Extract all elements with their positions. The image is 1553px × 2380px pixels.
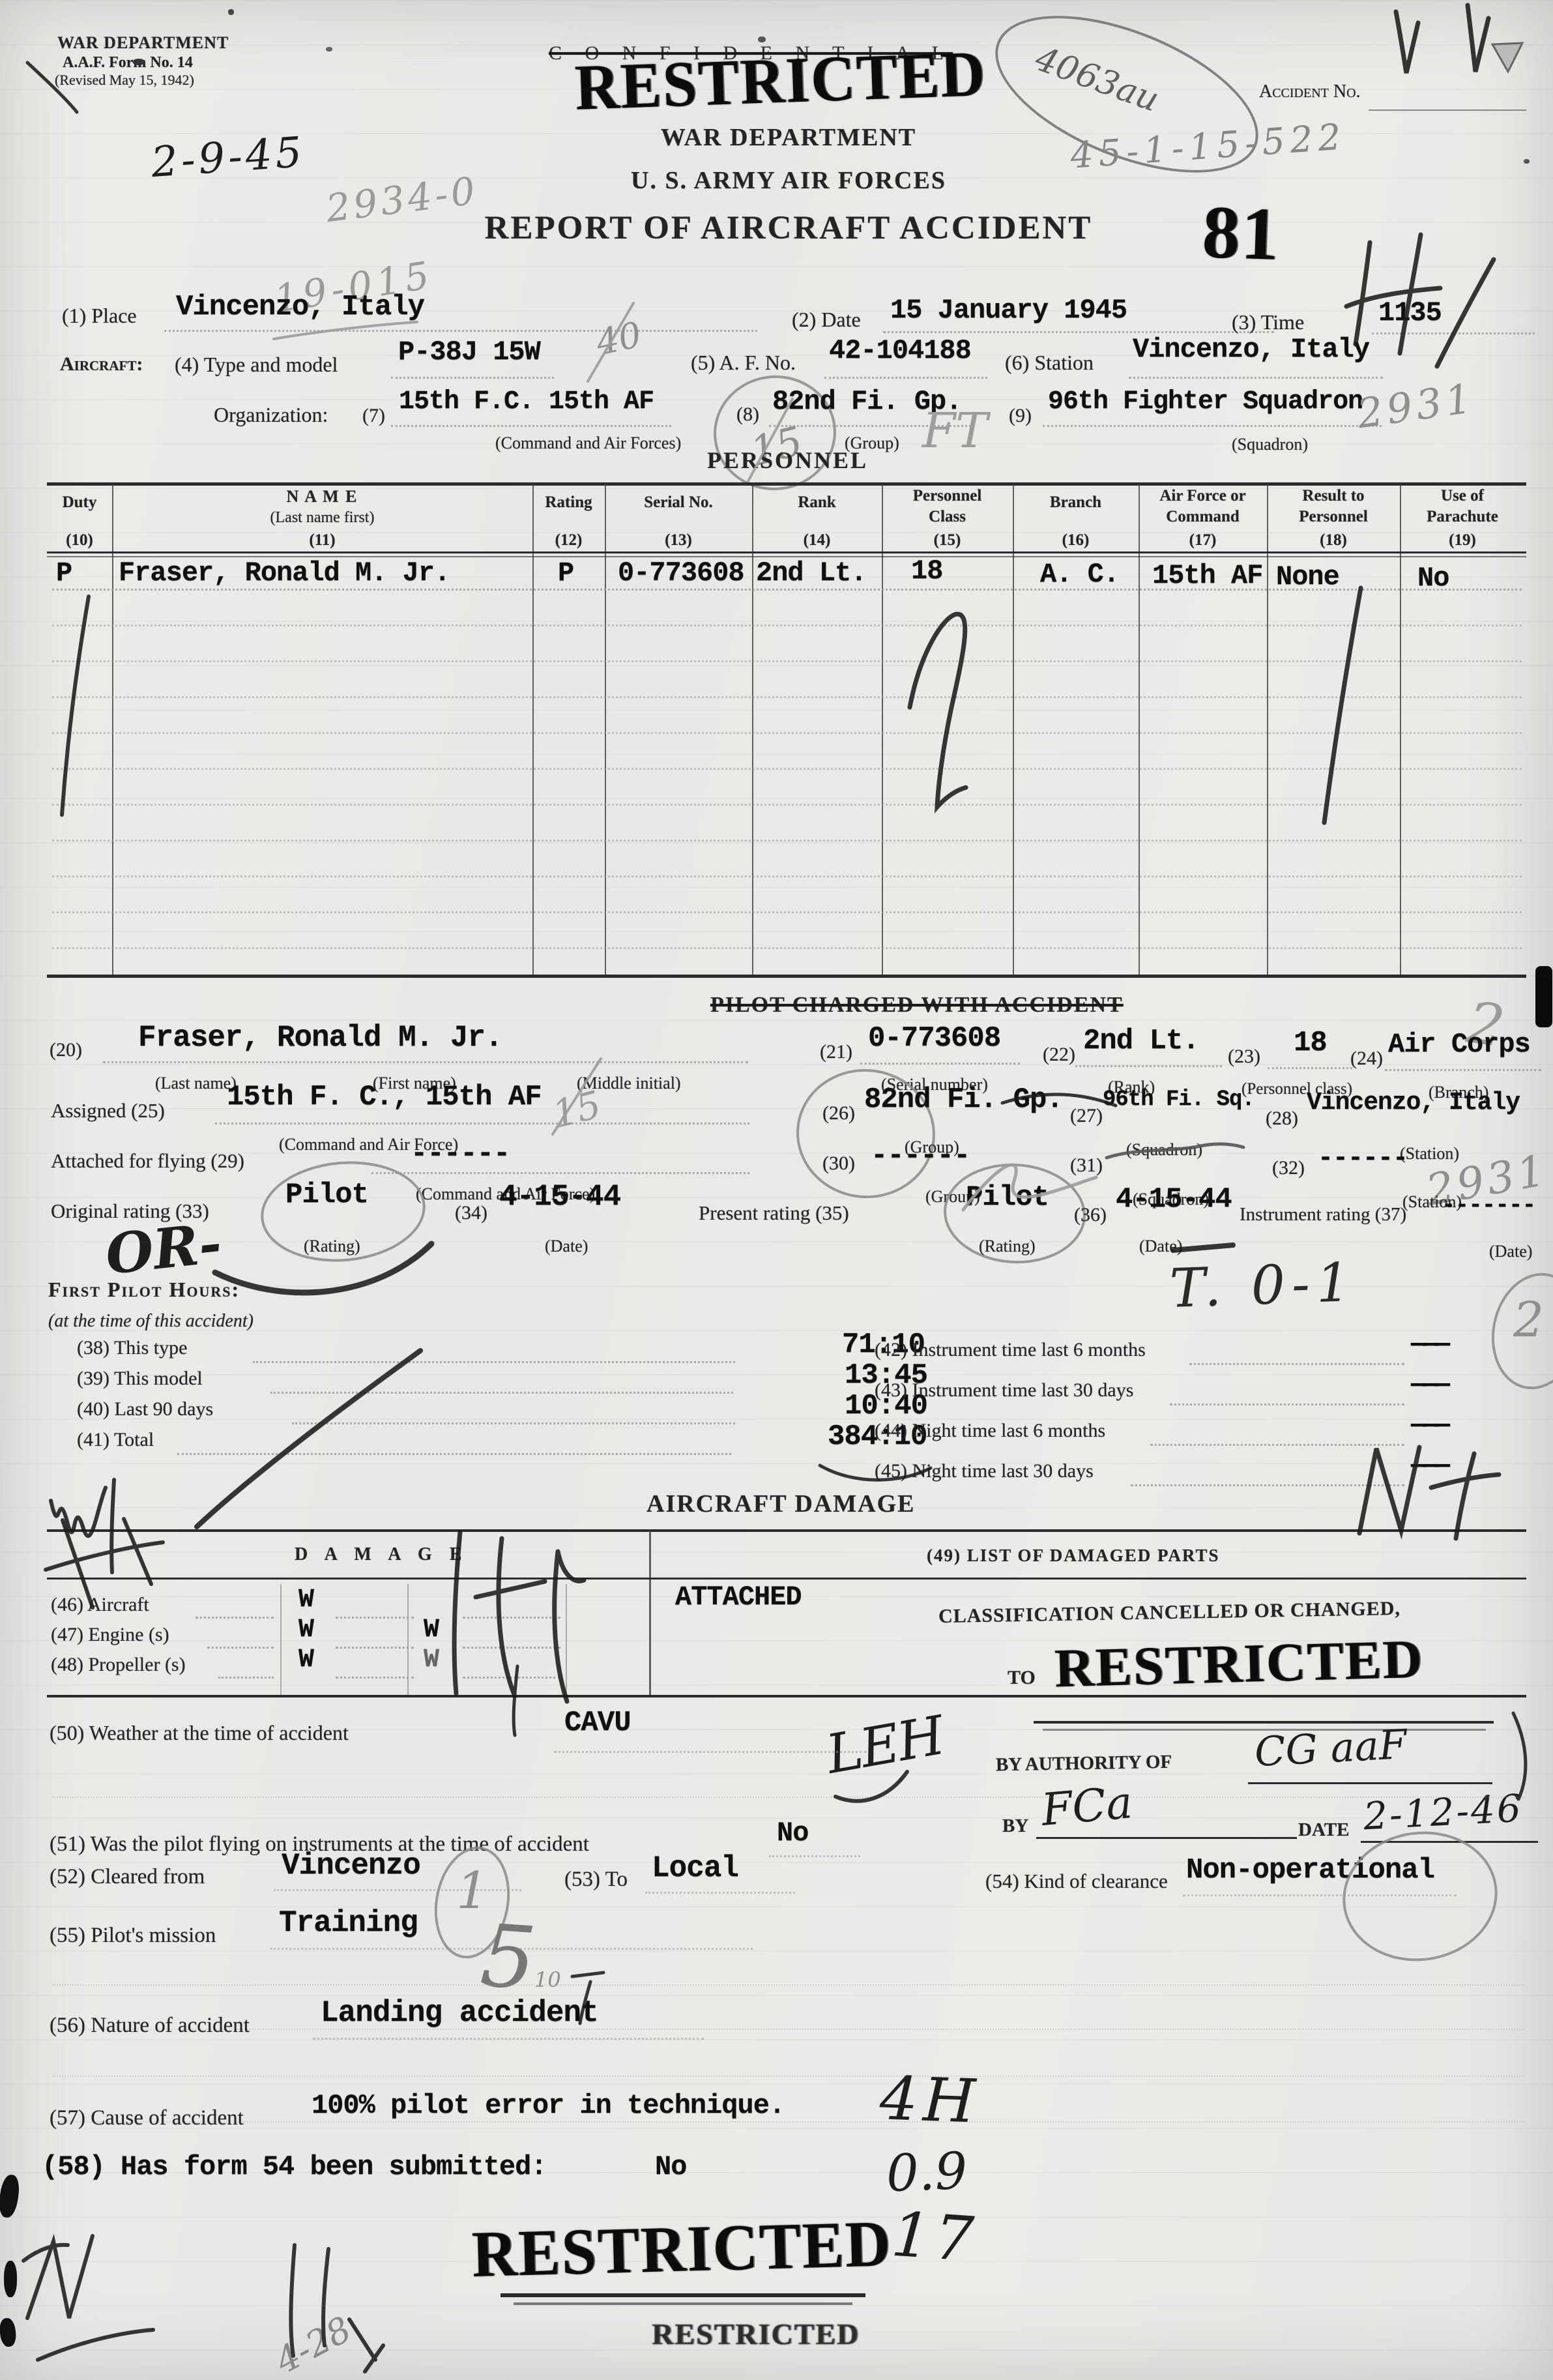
damage-47-rule3 [463, 1647, 560, 1649]
damage-48-rule2 [336, 1677, 414, 1679]
pen-check-mark-2 [1468, 5, 1488, 72]
col-serial-num: (13) [605, 532, 752, 549]
present-rating-label: Present rating (35) [699, 1203, 849, 1224]
col-chute: Use of [1400, 488, 1525, 505]
weather-rule [554, 1751, 867, 1753]
by-rule [1036, 1837, 1297, 1839]
hours-45-value: ——— [1411, 1451, 1446, 1480]
row-rating: P [558, 557, 573, 589]
hours-44-value: ——— [1411, 1411, 1446, 1440]
mission-label: (55) Pilot's mission [50, 1924, 216, 1947]
table-header-rule [47, 551, 1526, 553]
col-chute-num: (19) [1400, 532, 1525, 549]
station-rule [1129, 377, 1383, 379]
damage-46-label: (46) Aircraft [51, 1594, 149, 1615]
damage-top-rule [47, 1529, 1526, 1532]
sub-rating-2: (Rating) [979, 1237, 1036, 1255]
hours-39-rule [270, 1392, 733, 1394]
form-corner-revision: (Revised May 15, 1942) [55, 73, 194, 88]
aircraft-accident-report-scan: WAR DEPARTMENT A.A.F. Form No. 14 (Revis… [0, 0, 1553, 2380]
classif-to-label: TO [1008, 1667, 1036, 1688]
restricted-bottom-rule1 [501, 2293, 865, 2297]
damage-inner-vline [566, 1584, 567, 1695]
ink-leh-initials: LEH [822, 1705, 948, 1786]
col-rank: Rank [752, 494, 882, 511]
pencil-ft: FT [922, 403, 988, 459]
ink-17: 17 [889, 2199, 980, 2276]
pilot-num-21: (21) [820, 1042, 852, 1062]
time-label: (3) Time [1232, 312, 1304, 333]
time-rule [1372, 332, 1535, 334]
damage-head-rule [47, 1578, 1526, 1579]
pencil-40: 40 [592, 314, 645, 364]
hours-41-label: (41) Total [77, 1430, 154, 1450]
row-name: Fraser, Ronald M. Jr. [119, 557, 450, 589]
pilot-rank-rule [1075, 1065, 1222, 1067]
col-airforce-num: (17) [1139, 532, 1267, 549]
accident-no-label: Accident No. [1259, 82, 1361, 101]
date-label: (2) Date [792, 309, 861, 331]
pilot-branch-rule [1385, 1069, 1541, 1071]
attached-cmd-rule [371, 1172, 749, 1174]
blank-rule [52, 2029, 1525, 2030]
pilot-num-20: (20) [50, 1040, 82, 1060]
damage-title: AIRCRAFT DAMAGE [646, 1491, 915, 1518]
row-result: None [1276, 561, 1339, 593]
num-27: (27) [1070, 1106, 1103, 1126]
table-top-rule [47, 482, 1526, 486]
hours-39-label: (39) This model [77, 1368, 203, 1388]
hours-43-label: (43) Instrument time last 30 days [875, 1380, 1133, 1400]
org-rule [391, 425, 671, 427]
instruments-value: No [777, 1817, 808, 1849]
instruments-rule [769, 1855, 860, 1857]
col-rating: Rating [532, 494, 605, 511]
hours-45-rule [1131, 1484, 1404, 1486]
col-result2: Personnel [1267, 508, 1400, 525]
col-pclass: Personnel [882, 488, 1013, 505]
scan-speck [758, 37, 766, 42]
empty-row [52, 732, 1522, 734]
hours-42-rule [1189, 1363, 1404, 1365]
scan-speck [133, 59, 145, 65]
row-baseline [52, 589, 1522, 591]
cause-value: 100% pilot error in technique. [312, 2090, 785, 2121]
empty-row [52, 840, 1522, 842]
pen-class-check-2 [910, 614, 966, 807]
present-rating-value: Pilot [966, 1181, 1049, 1214]
form54-value: No [655, 2151, 686, 2182]
hours-41-rule [177, 1453, 731, 1455]
col-pclass-num: (15) [882, 532, 1013, 549]
ink-cg-aaf: CG aaF [1253, 1720, 1408, 1776]
pencil-15-assigned: 15 [548, 1082, 605, 1137]
col-result: Result to [1267, 488, 1400, 505]
pencil-circle-clearance [1334, 1821, 1505, 1971]
pilot-serial-rule [860, 1063, 1020, 1065]
assigned-squadron-sub: (Squadron) [1126, 1141, 1202, 1158]
attached-group-value: ------ [871, 1139, 970, 1172]
damage-inner-vline [280, 1584, 282, 1695]
squadron-rule [1043, 425, 1382, 427]
title-army-air-forces: U. S. ARMY AIR FORCES [450, 168, 1127, 194]
damage-bottom-rule [47, 1695, 1526, 1697]
afno-rule [824, 377, 987, 379]
cause-label: (57) Cause of accident [50, 2107, 244, 2129]
pilot-section-title-struck: PILOT CHARGED WITH ACCIDENT [710, 993, 1124, 1016]
row-branch: A. C. [1040, 559, 1119, 590]
damage-47-label: (47) Engine (s) [51, 1624, 169, 1645]
num-28: (28) [1266, 1108, 1298, 1128]
empty-row [52, 947, 1522, 949]
mission-value: Training [279, 1906, 418, 1940]
scan-artifact [1535, 966, 1552, 1027]
ink-09: 0.9 [885, 2142, 968, 2203]
num-34: (34) [455, 1203, 487, 1223]
date-value: 15 January 1945 [890, 295, 1127, 326]
damaged-parts-head: (49) LIST OF DAMAGED PARTS [927, 1546, 1220, 1565]
empty-row [52, 660, 1522, 662]
squadron-value: 96th Fighter Squadron [1048, 387, 1363, 417]
kind-clearance-label: (54) Kind of clearance [985, 1871, 1168, 1892]
assigned-cmd-rule [215, 1123, 749, 1124]
col-rating-num: (12) [532, 532, 605, 549]
scan-artifact [0, 2173, 21, 2218]
aircraft-heading: Aircraft: [60, 354, 143, 374]
hours-44-label: (44) Night time last 6 months [875, 1420, 1105, 1441]
station-label: (6) Station [1005, 352, 1094, 374]
accident-no-rule [1369, 110, 1526, 111]
damage-47-rule2 [336, 1647, 414, 1649]
stamp-81: 81 [1201, 189, 1282, 278]
instrument-rating-label: Instrument rating (37) [1240, 1205, 1406, 1224]
blank-rule [52, 1797, 1525, 1798]
damage-47-rule [207, 1647, 274, 1649]
attached-station-value: ------ [1318, 1144, 1408, 1173]
org-num: (7) [362, 405, 385, 426]
attached-label: Attached for flying (29) [51, 1151, 244, 1171]
classif-change-line: CLASSIFICATION CANCELLED OR CHANGED, [938, 1598, 1401, 1627]
row-duty: P [56, 557, 72, 589]
group-num: (8) [736, 404, 759, 424]
scan-speck [1524, 159, 1530, 164]
ink-4h: 4H [878, 2063, 981, 2136]
pilot-serial: 0-773608 [868, 1022, 1000, 1055]
table-bottom-rule [47, 975, 1526, 978]
to-rule [645, 1892, 795, 1894]
type-model-value: P-38J 15W [398, 336, 540, 368]
pen-result-slash [1324, 588, 1361, 823]
col-airforce2: Command [1139, 508, 1267, 525]
scan-speck [326, 47, 332, 51]
attached-cmd-value: ------ [411, 1138, 510, 1170]
squadron-sublabel: (Squadron) [1232, 435, 1308, 453]
damage-48-label: (48) Propeller (s) [51, 1654, 186, 1675]
col-name-sub: (Last name first) [112, 510, 532, 526]
pen-hours-scribble [46, 1480, 163, 1572]
form-corner-dept: WAR DEPARTMENT [57, 34, 229, 51]
blank-rule [52, 1984, 1525, 1986]
pen-duty-slash [62, 596, 89, 815]
pilot-num-23: (23) [1228, 1046, 1260, 1066]
empty-row [52, 804, 1522, 806]
pilot-pclass-rule [1268, 1067, 1352, 1069]
col-rank-num: (14) [752, 532, 882, 549]
hours-subtitle: (at the time of this accident) [48, 1312, 254, 1330]
col-airforce: Air Force or [1139, 488, 1267, 505]
pen-triangle-mark [1492, 43, 1522, 72]
place-label: (1) Place [62, 305, 137, 327]
ink-or-mark: OR- [102, 1211, 224, 1287]
authority-rule [1248, 1782, 1492, 1784]
organization-heading: Organization: [214, 404, 328, 426]
col-name-num: (11) [112, 532, 532, 549]
col-duty: Duty [47, 494, 112, 511]
place-rule [164, 330, 757, 332]
damage-head: D A M A G E [295, 1545, 468, 1564]
col-result-num: (18) [1267, 532, 1400, 549]
form-corner-number: A.A.F. Form No. 14 [63, 55, 193, 71]
num-36: (36) [1074, 1205, 1107, 1225]
blank-rule [52, 2121, 1525, 2123]
damage-47-w2: W [424, 1615, 439, 1645]
authority-label: BY AUTHORITY OF [996, 1752, 1172, 1775]
row-airforce: 15th AF [1152, 560, 1262, 591]
instrument-rating-value: ------- [1442, 1192, 1535, 1218]
col-duty-num: (10) [47, 532, 112, 549]
hours-45-label: (45) Night time last 30 days [875, 1461, 1094, 1481]
hours-40-label: (40) Last 90 days [77, 1399, 213, 1419]
pencil-5: 5 [478, 1905, 540, 2009]
orig-rating-value: Pilot [285, 1179, 368, 1211]
scan-artifact [4, 2261, 17, 2297]
sub-date-1: (Date) [545, 1237, 588, 1255]
empty-row [52, 768, 1522, 770]
weather-label: (50) Weather at the time of accident [50, 1722, 349, 1744]
hours-38-rule [253, 1361, 735, 1363]
col-serial: Serial No. [605, 494, 752, 511]
pilot-rank: 2nd Lt. [1083, 1025, 1199, 1057]
afno-value: 42-104188 [829, 335, 971, 366]
damage-46-rule3 [463, 1617, 560, 1619]
org-sublabel: (Command and Air Forces) [495, 434, 681, 452]
damage-46-rule [196, 1617, 274, 1619]
damaged-parts-value: ATTACHED [675, 1581, 802, 1613]
ink-date-2-12-46: 2-12-46 [1362, 1786, 1524, 1839]
pilot-num-24: (24) [1350, 1048, 1383, 1068]
type-model-label: (4) Type and model [175, 354, 338, 375]
date-changed-label: DATE [1298, 1820, 1349, 1840]
pilot-branch: Air Corps [1388, 1029, 1530, 1060]
by-label: BY [1002, 1816, 1028, 1836]
blank-rule [52, 2076, 1525, 2077]
col-branch-num: (16) [1013, 532, 1139, 549]
empty-row [52, 875, 1522, 877]
time-value: 1135 [1378, 297, 1442, 329]
to-value: Local [652, 1851, 738, 1885]
form54-label: (58) Has form 54 been submitted: [42, 2151, 547, 2182]
pilot-name-rule [103, 1061, 748, 1063]
col-name: N A M E [112, 488, 532, 505]
row-serial: 0-773608 [618, 557, 744, 589]
assigned-cmd-value: 15th F. C., 15th AF [227, 1081, 542, 1113]
col-branch: Branch [1013, 494, 1139, 511]
squadron-num: (9) [1009, 405, 1032, 426]
cleared-from-value: Vincenzo [282, 1849, 420, 1883]
pen-hours-slash [197, 1351, 420, 1527]
classif-rule-1 [1034, 1721, 1494, 1724]
col-chute2: Parachute [1400, 508, 1525, 525]
kind-clearance-rule [1183, 1894, 1457, 1896]
hours-38-label: (38) This type [77, 1338, 187, 1358]
pilot-num-22: (22) [1043, 1044, 1075, 1065]
ink-fca: FCa [1039, 1777, 1135, 1836]
pencil-10: 10 [534, 1967, 561, 1992]
restricted-stamp-bottom-small: RESTRICTED [652, 2317, 860, 2351]
row-rank: 2nd Lt. [756, 557, 866, 589]
num-30: (30) [822, 1153, 855, 1173]
damage-divider [649, 1529, 651, 1697]
col-pclass2: Class [882, 508, 1013, 525]
pilot-sub-last: (Last name) [155, 1074, 237, 1092]
afno-label: (5) A. F. No. [691, 352, 796, 374]
damage-48-w2: W [424, 1645, 439, 1675]
place-value: Vincenzo, Italy [176, 291, 424, 323]
station-value: Vincenzo, Italy [1133, 334, 1369, 365]
empty-row [52, 911, 1522, 913]
assigned-station-sub: (Station) [1400, 1145, 1459, 1162]
num-32: (32) [1272, 1158, 1305, 1178]
damage-48-w1: W [298, 1645, 313, 1675]
assigned-squadron-value: 96th Fi. Sq. [1103, 1087, 1255, 1112]
hours-44-rule [1150, 1444, 1404, 1446]
title-report: REPORT OF AIRCRAFT ACCIDENT [450, 211, 1127, 246]
personnel-title: PERSONNEL [707, 448, 868, 473]
hours-43-value: ——— [1411, 1370, 1446, 1400]
restricted-stamp-top: RESTRICTED [573, 37, 987, 125]
damage-48-rule3 [463, 1677, 560, 1679]
sub-rating-1: (Rating) [304, 1237, 360, 1255]
date-rule [883, 331, 1274, 333]
pen-check-mark-1 [1396, 12, 1418, 73]
assigned-station-value: Vincenzo, Italy [1307, 1089, 1520, 1117]
to-label: (53) To [564, 1868, 628, 1890]
nature-rule [313, 2038, 704, 2040]
pencil-2931-top: 2931 [1354, 374, 1478, 438]
restricted-stamp-bottom: RESTRICTED [471, 2205, 893, 2292]
restricted-bottom-rule2 [514, 2302, 852, 2305]
sub-date-2: (Date) [1139, 1237, 1182, 1255]
present-rating-date: 4-15-44 [1116, 1183, 1232, 1216]
org-value: 15th F.C. 15th AF [399, 387, 654, 417]
damage-47-w1: W [298, 1615, 313, 1645]
nature-value: Landing accident [321, 1996, 598, 2030]
ink-t01-mark: T. 0-1 [1168, 1252, 1357, 1320]
assigned-label: Assigned (25) [51, 1100, 165, 1121]
pencil-2-date: 2 [1513, 1292, 1544, 1348]
pilot-pclass: 18 [1294, 1027, 1327, 1059]
pencil-4-28: 4-28 [269, 2308, 358, 2380]
damage-46-rule2 [336, 1617, 414, 1619]
damage-46-w1: W [298, 1585, 313, 1615]
weather-value: CAVU [564, 1707, 631, 1739]
type-model-rule [391, 377, 554, 379]
damage-48-rule [218, 1677, 274, 1679]
assigned-group-value: 82nd Fi. Gp. [864, 1083, 1063, 1116]
num-26: (26) [822, 1103, 855, 1123]
scan-speck [228, 9, 234, 15]
row-pclass: 18 [911, 555, 942, 587]
orig-rating-date: 4-15-44 [499, 1180, 620, 1214]
scan-artifact [0, 2317, 17, 2347]
sub-date-3: (Date) [1489, 1242, 1532, 1260]
hours-title: First Pilot Hours: [48, 1279, 240, 1300]
nature-label: (56) Nature of accident [50, 2014, 250, 2036]
hours-42-value: ——— [1411, 1330, 1446, 1359]
hours-42-label: (42) Instrument time last 6 months [875, 1340, 1146, 1360]
title-war-department: WAR DEPARTMENT [450, 125, 1127, 151]
empty-row [52, 624, 1522, 626]
hours-43-rule [1170, 1403, 1404, 1405]
hours-40-rule [292, 1422, 735, 1424]
handwritten-date-2-9-45: 2-9-45 [150, 128, 307, 187]
num-31: (31) [1070, 1155, 1103, 1175]
cleared-from-label: (52) Cleared from [50, 1866, 205, 1888]
restricted-stamp-change: RESTRICTED [1054, 1628, 1425, 1701]
empty-row [52, 696, 1522, 698]
pilot-name: Fraser, Ronald M. Jr. [138, 1021, 502, 1055]
